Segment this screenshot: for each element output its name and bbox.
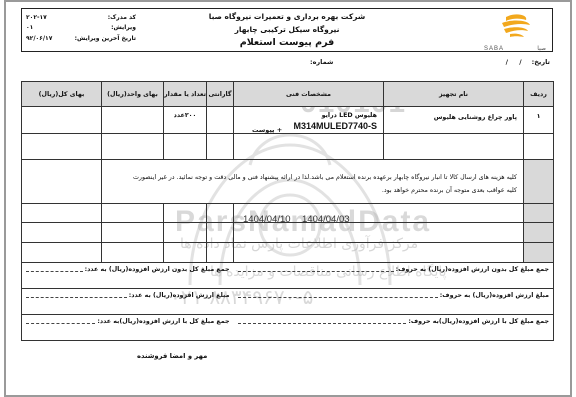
item-name bbox=[384, 134, 524, 160]
row-number bbox=[524, 243, 554, 263]
notes-cell: کلیه هزینه های ارسال کالا تا انبار نیروگ… bbox=[102, 160, 524, 204]
revision-label: ویرایش: bbox=[111, 24, 136, 31]
empty-cell bbox=[22, 204, 102, 223]
total-with-vat-digits-cell: جمع مبلغ کل با ارزش افزوده(ریال)به عدد: bbox=[22, 315, 234, 341]
table-row bbox=[22, 243, 554, 263]
table-header-row: ردیف نام تجهیز مشخصات فنی گارانتی تعداد … bbox=[22, 82, 554, 107]
total-without-vat-words-input[interactable] bbox=[238, 267, 394, 272]
item-unit-price[interactable] bbox=[102, 134, 164, 160]
revision-value: ۰۱ bbox=[26, 24, 33, 31]
vat-words-input[interactable] bbox=[238, 293, 438, 298]
last-revision-value: ۹۲/۰۶/۱۷ bbox=[26, 35, 52, 42]
empty-cell bbox=[102, 204, 164, 223]
notes-row-number bbox=[524, 160, 554, 204]
empty-cell bbox=[234, 223, 524, 243]
row-number: ۱ bbox=[524, 107, 554, 134]
doc-code-label: کد مدرک: bbox=[108, 14, 136, 21]
number-field: شماره: bbox=[300, 58, 333, 66]
empty-cell bbox=[164, 223, 207, 243]
total-with-vat-words-input[interactable] bbox=[238, 319, 407, 324]
summary-row-total-without-vat: جمع مبلغ کل بدون ارزش افزوده(ریال) به حر… bbox=[22, 263, 554, 289]
saba-logo-icon bbox=[484, 13, 546, 39]
row-number bbox=[524, 134, 554, 160]
col-header-quantity: تعداد یا مقدار bbox=[164, 82, 207, 107]
notes-line-2: کلیه عواقب بعدی متوجه آن برنده محترم خوا… bbox=[102, 184, 517, 197]
logo-latin: SABA bbox=[484, 46, 504, 52]
col-header-unit-price: بهای واحد(ریال) bbox=[102, 82, 164, 107]
date-field: تاریخ: / / bbox=[506, 58, 550, 66]
vat-digits-label: مبلغ ارزش افزوده(ریال) به عدد: bbox=[129, 292, 230, 299]
total-without-vat-digits-input[interactable] bbox=[26, 267, 83, 272]
total-without-vat-digits-label: جمع مبلغ کل بدون ارزش افزوده(ریال) به عد… bbox=[85, 266, 230, 273]
company-logo: SABA صبا bbox=[484, 13, 546, 49]
last-revision-label: تاریخ آخرین ویرایش: bbox=[75, 35, 136, 42]
row-number bbox=[524, 223, 554, 243]
vat-digits-cell: مبلغ ارزش افزوده(ریال) به عدد: bbox=[22, 289, 234, 315]
summary-row-vat: مبلغ ارزش افزوده(ریال) به حروف: مبلغ ارز… bbox=[22, 289, 554, 315]
items-table: ردیف نام تجهیز مشخصات فنی گارانتی تعداد … bbox=[21, 81, 554, 341]
empty-cell bbox=[102, 243, 164, 263]
empty-cell bbox=[207, 243, 234, 263]
vat-words-label: مبلغ ارزش افزوده(ریال) به حروف: bbox=[440, 292, 549, 299]
vat-digits-input[interactable] bbox=[26, 293, 127, 298]
total-with-vat-words-label: جمع مبلغ کل با ارزش افزوده(ریال)به حروف: bbox=[408, 318, 549, 325]
table-row bbox=[22, 223, 554, 243]
summary-row-total-with-vat: جمع مبلغ کل با ارزش افزوده(ریال)به حروف:… bbox=[22, 315, 554, 341]
empty-cell bbox=[207, 223, 234, 243]
empty-cell bbox=[102, 223, 164, 243]
item-name: پاور چراغ روشنایی هلیوس bbox=[384, 107, 524, 134]
item-quantity: ۲۰۰عدد bbox=[164, 107, 207, 134]
logo-persian: صبا bbox=[537, 45, 546, 52]
item-warranty bbox=[207, 107, 234, 134]
date-label: تاریخ: bbox=[532, 58, 550, 66]
empty-cell bbox=[22, 223, 102, 243]
publish-date: 1404/04/03 bbox=[302, 214, 350, 225]
notes-row: کلیه هزینه های ارسال کالا تا انبار نیروگ… bbox=[22, 160, 554, 204]
total-without-vat-words-cell: جمع مبلغ کل بدون ارزش افزوده(ریال) به حر… bbox=[234, 263, 554, 289]
total-without-vat-digits-cell: جمع مبلغ کل بدون ارزش افزوده(ریال) به عد… bbox=[22, 263, 234, 289]
col-header-spec: مشخصات فنی bbox=[234, 82, 384, 107]
col-header-warranty: گارانتی bbox=[207, 82, 234, 107]
col-header-row-number: ردیف bbox=[524, 82, 554, 107]
table-row bbox=[22, 134, 554, 160]
item-spec: هلیوس LED درایو M314MULED7740-S + پیوست bbox=[234, 107, 384, 134]
total-with-vat-digits-label: جمع مبلغ کل با ارزش افزوده(ریال)به عدد: bbox=[97, 318, 229, 325]
spec-line-1: هلیوس LED درایو bbox=[234, 112, 377, 119]
table-row: ۱ پاور چراغ روشنایی هلیوس هلیوس LED درای… bbox=[22, 107, 554, 134]
item-quantity bbox=[164, 134, 207, 160]
col-header-item-name: نام تجهیز bbox=[384, 82, 524, 107]
number-label: شماره: bbox=[310, 58, 333, 66]
notes-line-1: کلیه هزینه های ارسال کالا تا انبار نیروگ… bbox=[102, 171, 517, 184]
total-with-vat-digits-input[interactable] bbox=[26, 319, 95, 324]
total-without-vat-words-label: جمع مبلغ کل بدون ارزش افزوده(ریال) به حر… bbox=[396, 266, 549, 273]
item-spec bbox=[234, 134, 384, 160]
date-value: / / bbox=[506, 58, 522, 66]
empty-cell bbox=[234, 243, 524, 263]
vat-words-cell: مبلغ ارزش افزوده(ریال) به حروف: bbox=[234, 289, 554, 315]
deadline-date: 1404/04/10 bbox=[243, 214, 291, 225]
document-info: کد مدرک:۲۰۲-۱۷ ویرایش:۰۱ تاریخ آخرین ویر… bbox=[26, 12, 136, 44]
seller-signature-label: مهر و امضا فروشنده bbox=[137, 352, 207, 360]
empty-cell bbox=[22, 243, 102, 263]
document-header: شرکت بهره برداری و تعمیرات نیروگاه صبا ن… bbox=[21, 8, 553, 52]
row-number bbox=[524, 204, 554, 223]
empty-cell bbox=[164, 204, 207, 223]
total-with-vat-words-cell: جمع مبلغ کل با ارزش افزوده(ریال)به حروف: bbox=[234, 315, 554, 341]
item-total-price[interactable] bbox=[22, 107, 102, 134]
col-header-total-price: بهای کل(ریال) bbox=[22, 82, 102, 107]
item-warranty bbox=[207, 134, 234, 160]
item-total-price[interactable] bbox=[22, 134, 102, 160]
notes-total-cell bbox=[22, 160, 102, 204]
doc-code-value: ۲۰۲-۱۷ bbox=[26, 14, 47, 21]
empty-cell bbox=[164, 243, 207, 263]
empty-cell bbox=[207, 204, 234, 223]
item-unit-price[interactable] bbox=[102, 107, 164, 134]
